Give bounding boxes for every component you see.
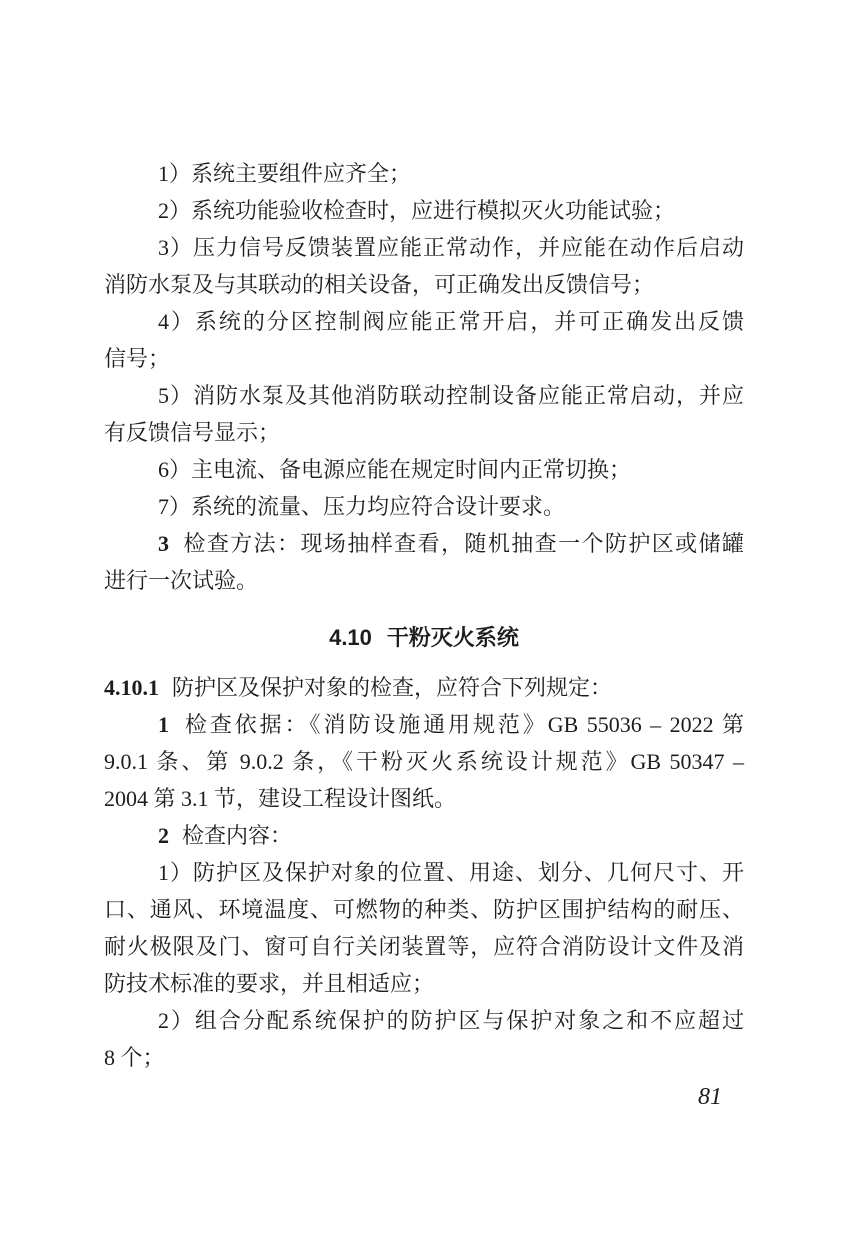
paragraph: 2）组合分配系统保护的防护区与保护对象之和不应超过8 个； <box>104 1002 744 1076</box>
page-number: 81 <box>104 1082 722 1112</box>
text-line: 消防水泵及与其联动的相关设备，可正确发出反馈信号； <box>104 266 744 303</box>
text-line: 口、通风、环境温度、可燃物的种类、防护区围护结构的耐压、 <box>104 891 744 928</box>
clause-number: 1 <box>158 712 169 737</box>
clause-paragraph: 1检查依据：《消防设施通用规范》GB 55036 – 2022 第9.0.1 条… <box>104 706 744 817</box>
text-line: 2）组合分配系统保护的防护区与保护对象之和不应超过 <box>104 1002 744 1039</box>
document-page: 1）系统主要组件应齐全；2）系统功能验收检查时，应进行模拟灭火功能试验；3）压力… <box>0 0 863 1235</box>
paragraph: 6）主电流、备电源应能在规定时间内正常切换； <box>104 451 744 488</box>
text-line: 2检查内容： <box>104 817 744 854</box>
paragraph: 7）系统的流量、压力均应符合设计要求。 <box>104 488 744 525</box>
paragraph: 2）系统功能验收检查时，应进行模拟灭火功能试验； <box>104 192 744 229</box>
text-line: 3）压力信号反馈装置应能正常动作，并应能在动作后启动 <box>104 229 744 266</box>
section-heading-text: 4.10干粉灭火系统 <box>104 619 744 656</box>
text-line: 1）防护区及保护对象的位置、用途、划分、几何尺寸、开 <box>104 854 744 891</box>
clause-number: 3 <box>158 531 169 556</box>
section-heading: 4.10干粉灭火系统 <box>104 619 744 656</box>
text-line: 耐火极限及门、窗可自行关闭装置等，应符合消防设计文件及消 <box>104 928 744 965</box>
clause-number: 4.10.1 <box>104 675 159 700</box>
text-line: 2）系统功能验收检查时，应进行模拟灭火功能试验； <box>104 192 744 229</box>
text-line: 2004 第 3.1 节，建设工程设计图纸。 <box>104 780 744 817</box>
text-line: 1）系统主要组件应齐全； <box>104 155 744 192</box>
text-line: 8 个； <box>104 1039 744 1076</box>
text-line: 进行一次试验。 <box>104 562 744 599</box>
section-number: 4.10 <box>329 625 372 650</box>
text-line: 6）主电流、备电源应能在规定时间内正常切换； <box>104 451 744 488</box>
paragraph: 4）系统的分区控制阀应能正常开启，并可正确发出反馈信号； <box>104 303 744 377</box>
paragraph: 1）系统主要组件应齐全； <box>104 155 744 192</box>
text-line: 防技术标准的要求，并且相适应； <box>104 965 744 1002</box>
paragraph: 1）防护区及保护对象的位置、用途、划分、几何尺寸、开口、通风、环境温度、可燃物的… <box>104 854 744 1002</box>
text-line: 7）系统的流量、压力均应符合设计要求。 <box>104 488 744 525</box>
paragraph: 3）压力信号反馈装置应能正常动作，并应能在动作后启动消防水泵及与其联动的相关设备… <box>104 229 744 303</box>
text-line: 有反馈信号显示； <box>104 414 744 451</box>
text-line: 4.10.1防护区及保护对象的检查，应符合下列规定： <box>104 669 744 706</box>
text-line: 5）消防水泵及其他消防联动控制设备应能正常启动，并应 <box>104 377 744 414</box>
clause-paragraph: 4.10.1防护区及保护对象的检查，应符合下列规定： <box>104 669 744 706</box>
text-line: 1检查依据：《消防设施通用规范》GB 55036 – 2022 第 <box>104 706 744 743</box>
document-body: 1）系统主要组件应齐全；2）系统功能验收检查时，应进行模拟灭火功能试验；3）压力… <box>104 155 744 1076</box>
text-line: 4）系统的分区控制阀应能正常开启，并可正确发出反馈 <box>104 303 744 340</box>
paragraph: 5）消防水泵及其他消防联动控制设备应能正常启动，并应有反馈信号显示； <box>104 377 744 451</box>
text-line: 3检查方法：现场抽样查看，随机抽查一个防护区或储罐 <box>104 525 744 562</box>
text-line: 9.0.1 条、第 9.0.2 条，《干粉灭火系统设计规范》GB 50347 – <box>104 743 744 780</box>
clause-number: 2 <box>158 823 169 848</box>
clause-paragraph: 2检查内容： <box>104 817 744 854</box>
text-line: 信号； <box>104 340 744 377</box>
clause-paragraph: 3检查方法：现场抽样查看，随机抽查一个防护区或储罐进行一次试验。 <box>104 525 744 599</box>
